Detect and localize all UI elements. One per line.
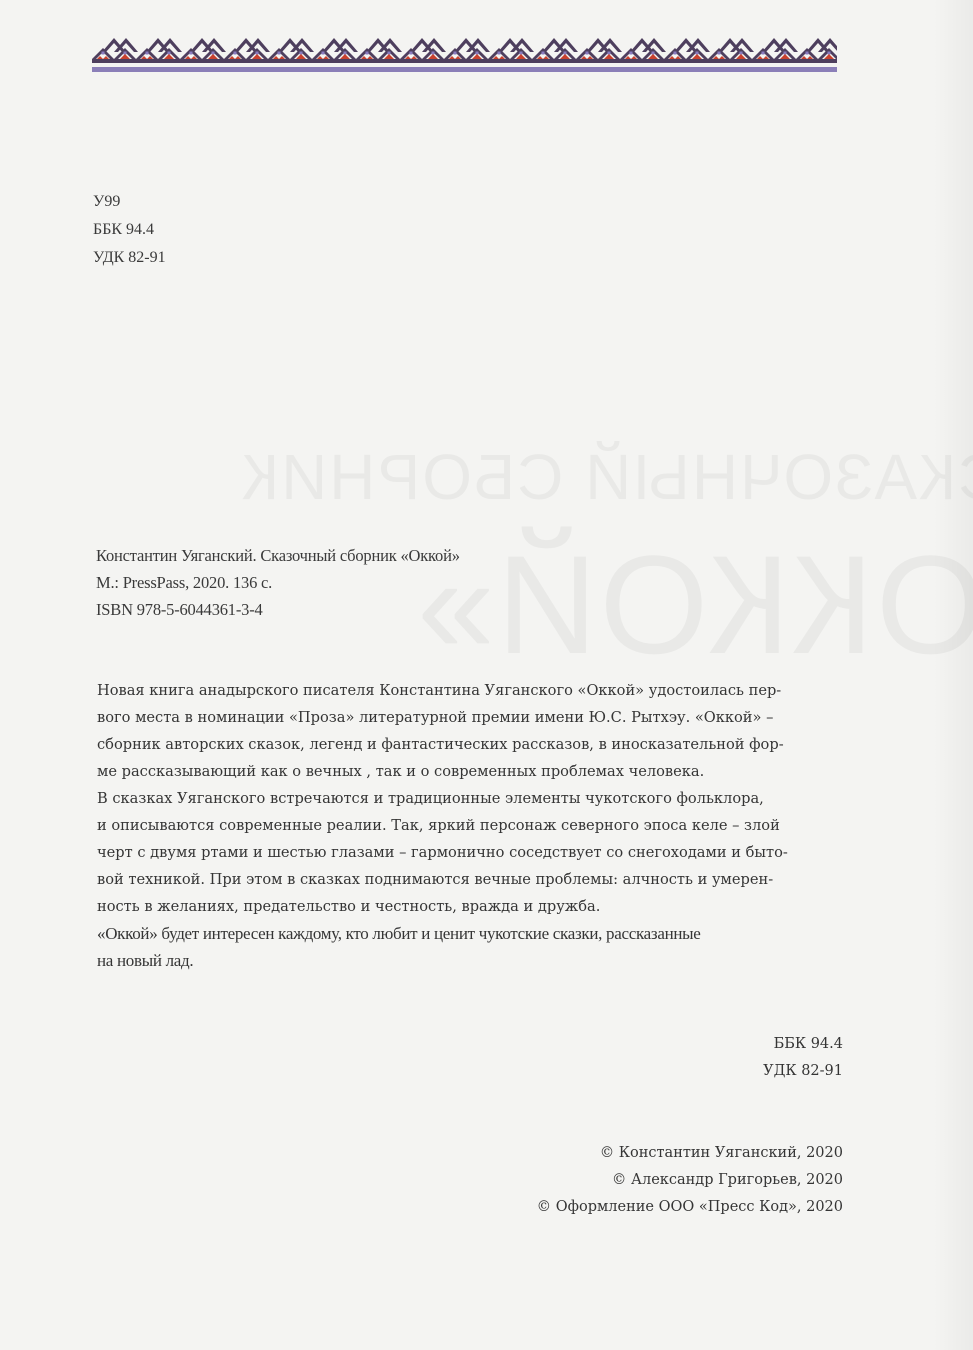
annotation-line: и описываются современные реалии. Так, я… [97,812,843,839]
biblio-imprint: М.: PressPass, 2020. 136 с. [96,569,460,596]
copyright-author: © Константин Уяганский, 2020 [537,1140,843,1167]
annotation-line: сборник авторских сказок, легенд и фанта… [97,731,843,758]
biblio-isbn: ISBN 978-5-6044361-3-4 [96,596,460,623]
author-mark: У99 [93,188,166,216]
bbk-code: ББК 94.4 [93,216,166,244]
copyright-block: © Константин Уяганский, 2020 © Александр… [537,1140,843,1221]
annotation-line: Новая книга анадырского писателя Констан… [97,677,843,704]
annotation-paragraph-2: В сказках Уяганского встречаются и тради… [97,785,843,920]
biblio-title: Константин Уяганский. Сказочный сборник … [96,542,460,569]
annotation-line: на новый лад. [97,947,843,974]
bbk-code: ББК 94.4 [763,1031,843,1058]
annotation-line: вого места в номинации «Проза» литератур… [97,704,843,731]
annotation-paragraph-3: «Оккой» будет интересен каждому, кто люб… [97,920,843,974]
copyright-design: © Оформление ООО «Пресс Код», 2020 [537,1194,843,1221]
annotation-line: В сказках Уяганского встречаются и тради… [97,785,843,812]
annotation-paragraph-1: Новая книга анадырского писателя Констан… [97,677,843,785]
annotation-line: черт с двумя ртами и шестью глазами – га… [97,839,843,866]
bibliographic-record: Константин Уяганский. Сказочный сборник … [96,542,460,623]
annotation-line: «Оккой» будет интересен каждому, кто люб… [97,920,843,947]
udk-code: УДК 82-91 [763,1058,843,1085]
copyright-illustrator: © Александр Григорьев, 2020 [537,1167,843,1194]
classification-codes-top: У99 ББК 94.4 УДК 82-91 [93,188,166,272]
page-edge-shadow [933,0,973,1350]
annotation-line: вой техникой. При этом в сказках поднима… [97,866,843,893]
udk-code: УДК 82-91 [93,244,166,272]
annotation-line: ность в желаниях, предательство и честно… [97,893,843,920]
showthrough-line-1: СКАЗОЧНЫЙ СБОРНИК [240,440,973,514]
annotation: Новая книга анадырского писателя Констан… [97,677,843,974]
ornament-border [92,30,837,75]
annotation-line: ме рассказывающий как о вечных , так и о… [97,758,843,785]
classification-codes-bottom: ББК 94.4 УДК 82-91 [763,1031,843,1085]
